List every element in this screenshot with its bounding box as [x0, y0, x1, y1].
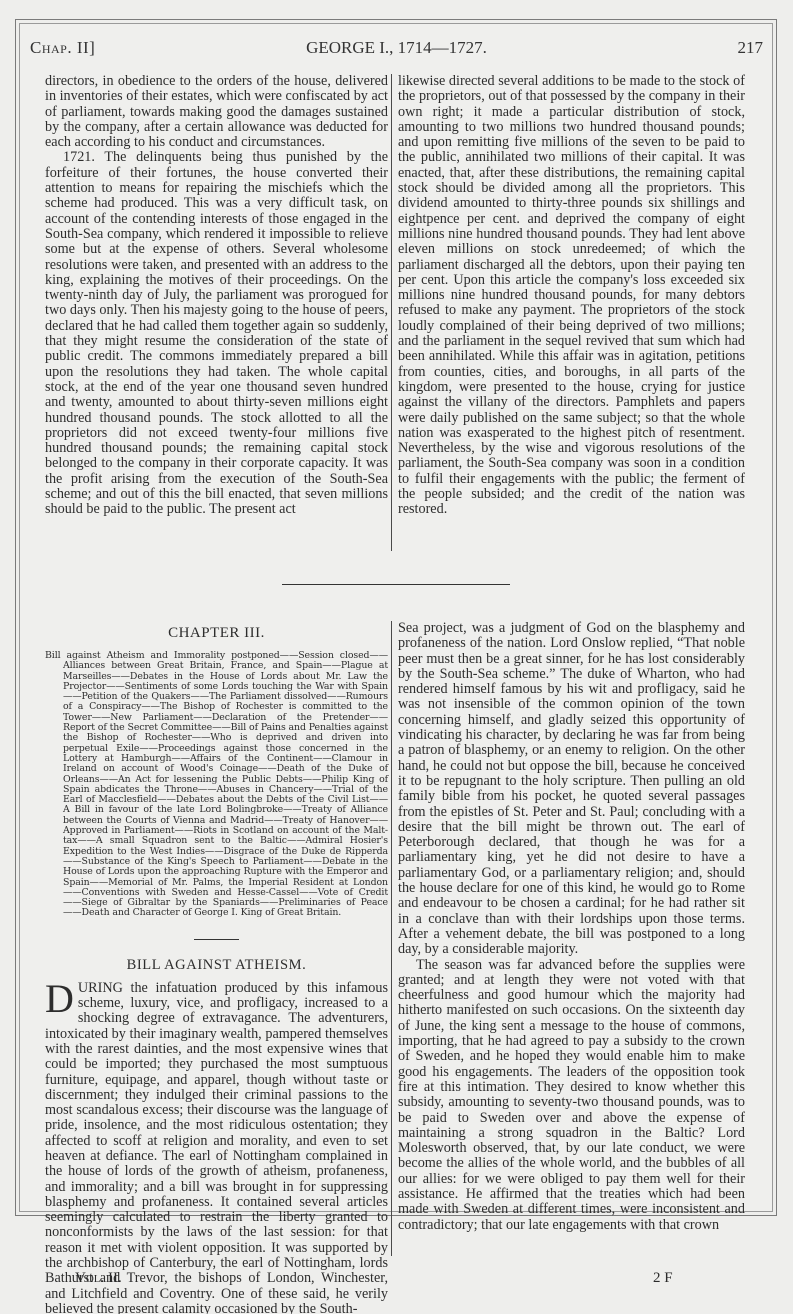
paragraph: 1721. The delinquents being thus punishe… — [45, 150, 388, 517]
running-header: Chap. II] GEORGE I., 1714—1727. 217 — [30, 38, 763, 60]
top-right-column: likewise directed several additions to b… — [398, 74, 745, 518]
page-number: 217 — [738, 38, 764, 58]
paragraph: The season was far advanced before the s… — [398, 958, 745, 1233]
top-left-column: directors, in obedience to the orders of… — [45, 74, 388, 518]
paragraph: Sea project, was a judgment of God on th… — [398, 621, 745, 958]
chapter-title: CHAPTER III. — [45, 625, 388, 641]
section-separator — [282, 584, 510, 585]
column-divider — [391, 74, 392, 551]
short-rule — [194, 939, 239, 940]
paragraph: the infatuation produced by this infamou… — [45, 980, 388, 1314]
bottom-left-column: CHAPTER III. Bill against Atheism and Im… — [45, 625, 388, 1314]
paragraph: directors, in obedience to the orders of… — [45, 74, 388, 150]
chapter-summary: Bill against Atheism and Immorality post… — [45, 651, 388, 919]
bottom-right-column: Sea project, was a judgment of God on th… — [398, 621, 745, 1233]
volume-marker: Vol. II. — [75, 1270, 122, 1287]
column-divider — [391, 621, 392, 1256]
section-title: BILL AGAINST ATHEISM. — [45, 957, 388, 973]
running-title: GEORGE I., 1714—1727. — [30, 38, 763, 58]
lead-caps: URING — [78, 980, 123, 996]
drop-cap: D — [45, 984, 74, 1014]
signature-mark: 2 F — [653, 1270, 673, 1287]
paragraph: likewise directed several additions to b… — [398, 74, 745, 518]
